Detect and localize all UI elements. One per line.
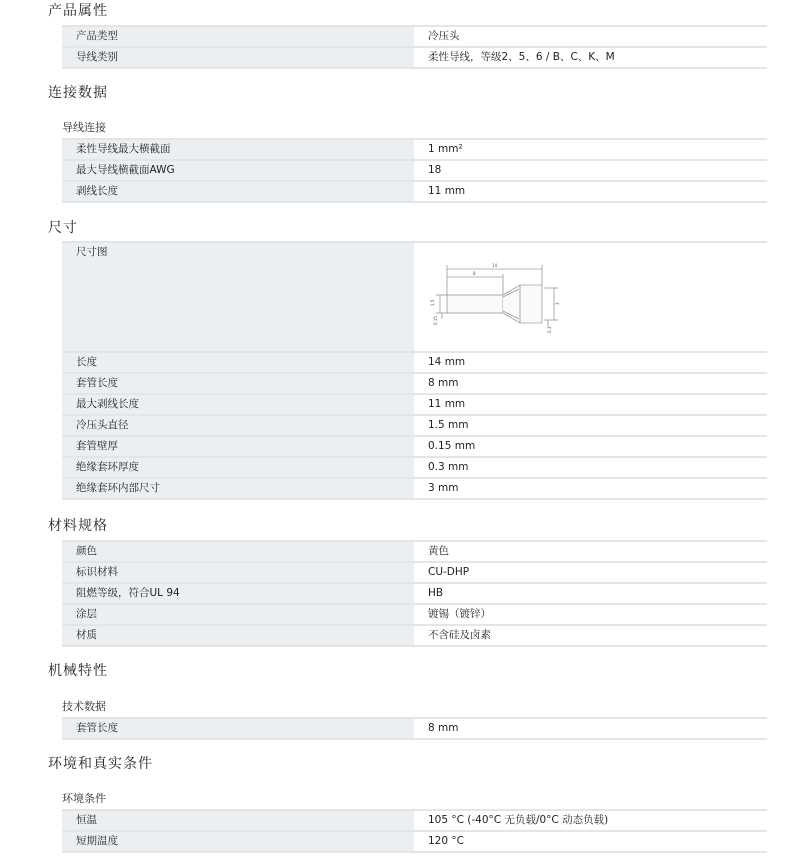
row-label: 柔性导线最大横截面 [62,140,414,159]
row-label: 绝缘套环厚度 [62,458,414,477]
table-row: 材质 不含硅及卤素 [62,626,767,647]
row-value: 柔性导线，等级2、5、6 / B、C、K、M [414,48,767,67]
row-label: 冷压头直径 [62,416,414,435]
subsection-title-technical-data: 技术数据 [62,700,106,714]
row-label: 套管长度 [62,719,414,738]
row-label: 阻燃等级，符合UL 94 [62,584,414,603]
subsection-title-conductor-connection: 导线连接 [62,121,106,135]
row-value: 11 mm [414,182,767,201]
row-label: 产品类型 [62,27,414,46]
section-title-mechanical-properties: 机械特性 [48,662,108,680]
row-value: HB [414,584,767,603]
row-label: 套管壁厚 [62,437,414,456]
row-value: 3 mm [414,479,767,498]
row-label: 套管长度 [62,374,414,393]
material-specs-table: 颜色 黄色 标识材料 CU-DHP 阻燃等级，符合UL 94 HB 涂层 镀锡（… [62,540,767,647]
environmental-conditions-table: 恒温 105 °C (-40°C 无负载/0°C 动态负载) 短期温度 120 … [62,809,767,853]
ferrule-dimension-drawing: 14 8 1,5 0,15 3 0,3 [420,259,570,339]
row-value: 18 [414,161,767,180]
row-value: 黄色 [414,542,767,561]
row-label: 导线类别 [62,48,414,67]
section-title-material-specs: 材料规格 [48,517,108,535]
row-label: 尺寸图 [62,243,414,351]
dimensions-table: 尺寸图 [62,241,767,500]
section-title-product-properties: 产品属性 [48,2,108,20]
mechanical-properties-table: 套管长度 8 mm [62,717,767,740]
table-row: 绝缘套环内部尺寸 3 mm [62,479,767,500]
section-title-environmental-conditions: 环境和真实条件 [48,755,153,773]
row-label: 剥线长度 [62,182,414,201]
subsection-title-environment: 环境条件 [62,792,106,806]
row-value: 镀锡（镀锌） [414,605,767,624]
table-row: 剥线长度 11 mm [62,182,767,203]
table-row: 柔性导线最大横截面 1 mm² [62,140,767,161]
row-label: 最大导线横截面AWG [62,161,414,180]
row-value: 0.15 mm [414,437,767,456]
table-row: 绝缘套环厚度 0.3 mm [62,458,767,479]
section-title-connection-data: 连接数据 [48,84,108,102]
row-label: 涂层 [62,605,414,624]
dim-total-label: 14 [492,263,498,268]
row-value: 8 mm [414,374,767,393]
row-value: 冷压头 [414,27,767,46]
dimension-drawing-cell: 14 8 1,5 0,15 3 0,3 [414,243,767,351]
row-value: 8 mm [414,719,767,738]
dim-sleeve-label: 8 [473,271,476,276]
table-row: 最大导线横截面AWG 18 [62,161,767,182]
table-row: 导线类别 柔性导线，等级2、5、6 / B、C、K、M [62,48,767,69]
row-value: 1.5 mm [414,416,767,435]
dim-inner-label: 3 [555,302,560,305]
row-label: 恒温 [62,811,414,830]
row-value: 105 °C (-40°C 无负载/0°C 动态负载) [414,811,767,830]
dim-collar-label: 0,3 [547,326,552,333]
row-value: CU-DHP [414,563,767,582]
row-label: 材质 [62,626,414,645]
table-row: 标识材料 CU-DHP [62,563,767,584]
table-row: 冷压头直径 1.5 mm [62,416,767,437]
table-row: 涂层 镀锡（镀锌） [62,605,767,626]
table-row: 阻燃等级，符合UL 94 HB [62,584,767,605]
connection-data-table: 柔性导线最大横截面 1 mm² 最大导线横截面AWG 18 剥线长度 11 mm [62,138,767,203]
table-row: 套管壁厚 0.15 mm [62,437,767,458]
table-row: 恒温 105 °C (-40°C 无负载/0°C 动态负载) [62,811,767,832]
row-label: 长度 [62,353,414,372]
row-value: 14 mm [414,353,767,372]
row-value: 不含硅及卤素 [414,626,767,645]
table-row: 长度 14 mm [62,353,767,374]
table-row: 产品类型 冷压头 [62,27,767,48]
product-properties-table: 产品类型 冷压头 导线类别 柔性导线，等级2、5、6 / B、C、K、M [62,25,767,69]
row-label: 短期温度 [62,832,414,851]
section-title-dimensions: 尺寸 [48,219,78,237]
table-row: 套管长度 8 mm [62,719,767,740]
row-label: 颜色 [62,542,414,561]
table-row: 短期温度 120 °C [62,832,767,853]
row-value: 11 mm [414,395,767,414]
row-label: 绝缘套环内部尺寸 [62,479,414,498]
table-row: 最大剥线长度 11 mm [62,395,767,416]
row-value: 0.3 mm [414,458,767,477]
table-row: 颜色 黄色 [62,542,767,563]
dim-diameter-label: 1,5 [430,299,435,306]
dim-wall-label: 0,15 [433,316,438,325]
row-label: 标识材料 [62,563,414,582]
row-value: 120 °C [414,832,767,851]
table-row-dimension-drawing: 尺寸图 [62,243,767,353]
table-row: 套管长度 8 mm [62,374,767,395]
row-label: 最大剥线长度 [62,395,414,414]
row-value: 1 mm² [414,140,767,159]
